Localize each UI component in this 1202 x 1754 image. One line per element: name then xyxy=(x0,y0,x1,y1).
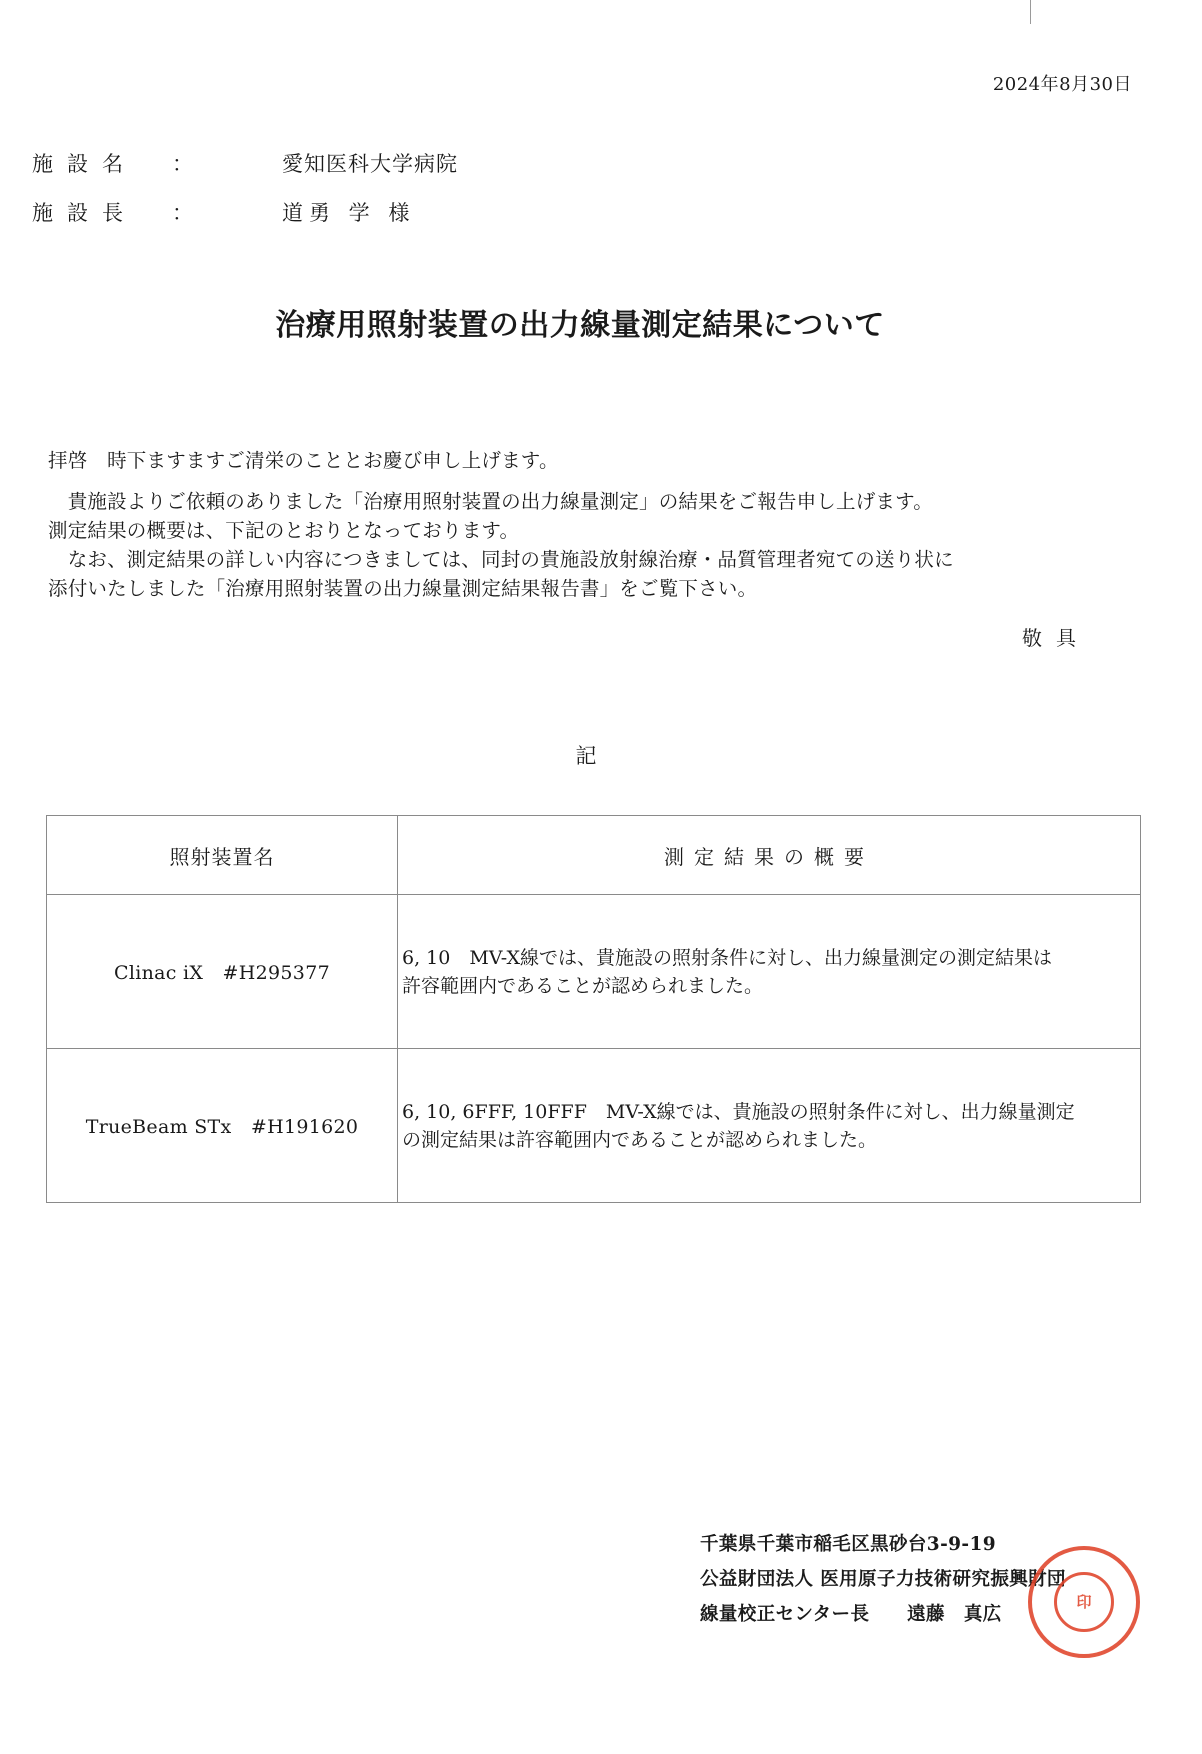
closing-keigu: 敬具 xyxy=(1022,622,1090,651)
fold-mark xyxy=(1030,0,1031,24)
colon: ： xyxy=(172,148,282,178)
result-summary: 6, 10 MV-X線では、貴施設の照射条件に対し、出力線量測定の測定結果は 許… xyxy=(398,895,1141,1049)
document-date: 2024年8月30日 xyxy=(993,70,1132,96)
summary-line: 許容範囲内であることが認められました。 xyxy=(402,972,1132,1000)
body-line-2: 測定結果の概要は、下記のとおりとなっております。 xyxy=(48,516,519,545)
table-row: TrueBeam STx #H191620 6, 10, 6FFF, 10FFF… xyxy=(47,1049,1141,1203)
result-summary: 6, 10, 6FFF, 10FFF MV-X線では、貴施設の照射条件に対し、出… xyxy=(398,1049,1141,1203)
results-table: 照射装置名 測定結果の概要 Clinac iX #H295377 6, 10 M… xyxy=(46,815,1141,1203)
colon: ： xyxy=(172,197,282,227)
seal-text: 印 xyxy=(1032,1550,1136,1654)
sender-address: 千葉県千葉市稲毛区黒砂台3-9-19 xyxy=(700,1530,996,1556)
facility-head-value: 道勇 学 様 xyxy=(282,197,415,227)
official-seal-icon: 印 xyxy=(1028,1546,1140,1658)
body-line-4: 添付いたしました「治療用照射装置の出力線量測定結果報告書」をご覧下さい。 xyxy=(48,574,757,603)
header-device-name: 照射装置名 xyxy=(47,816,398,895)
greeting: 拝啓 時下ますますご清栄のこととお慶び申し上げます。 xyxy=(48,446,559,475)
facility-name-row: 施設名 ： 愛知医科大学病院 xyxy=(32,148,458,178)
summary-line: の測定結果は許容範囲内であることが認められました。 xyxy=(402,1126,1132,1154)
device-name: Clinac iX #H295377 xyxy=(47,895,398,1049)
summary-line: 6, 10 MV-X線では、貴施設の照射条件に対し、出力線量測定の測定結果は xyxy=(402,944,1132,972)
body-line-1: 貴施設よりご依頼のありました「治療用照射装置の出力線量測定」の結果をご報告申し上… xyxy=(48,487,933,516)
device-name: TrueBeam STx #H191620 xyxy=(47,1049,398,1203)
table-header-row: 照射装置名 測定結果の概要 xyxy=(47,816,1141,895)
summary-line: 6, 10, 6FFF, 10FFF MV-X線では、貴施設の照射条件に対し、出… xyxy=(402,1098,1132,1126)
facility-head-label: 施設長 xyxy=(32,197,172,227)
facility-head-row: 施設長 ： 道勇 学 様 xyxy=(32,197,415,227)
ki-heading: 記 xyxy=(0,740,1172,770)
document-title: 治療用照射装置の出力線量測定結果について xyxy=(0,300,1160,344)
header-result-summary: 測定結果の概要 xyxy=(398,816,1141,895)
facility-name-label: 施設名 xyxy=(32,148,172,178)
sender-organization: 公益財団法人 医用原子力技術研究振興財団 xyxy=(700,1565,1066,1591)
sender-title-name: 線量校正センター長 遠藤 真広 xyxy=(700,1600,1002,1626)
table-row: Clinac iX #H295377 6, 10 MV-X線では、貴施設の照射条… xyxy=(47,895,1141,1049)
facility-name-value: 愛知医科大学病院 xyxy=(282,148,458,178)
body-line-3: なお、測定結果の詳しい内容につきましては、同封の貴施設放射線治療・品質管理者宛て… xyxy=(48,545,954,574)
